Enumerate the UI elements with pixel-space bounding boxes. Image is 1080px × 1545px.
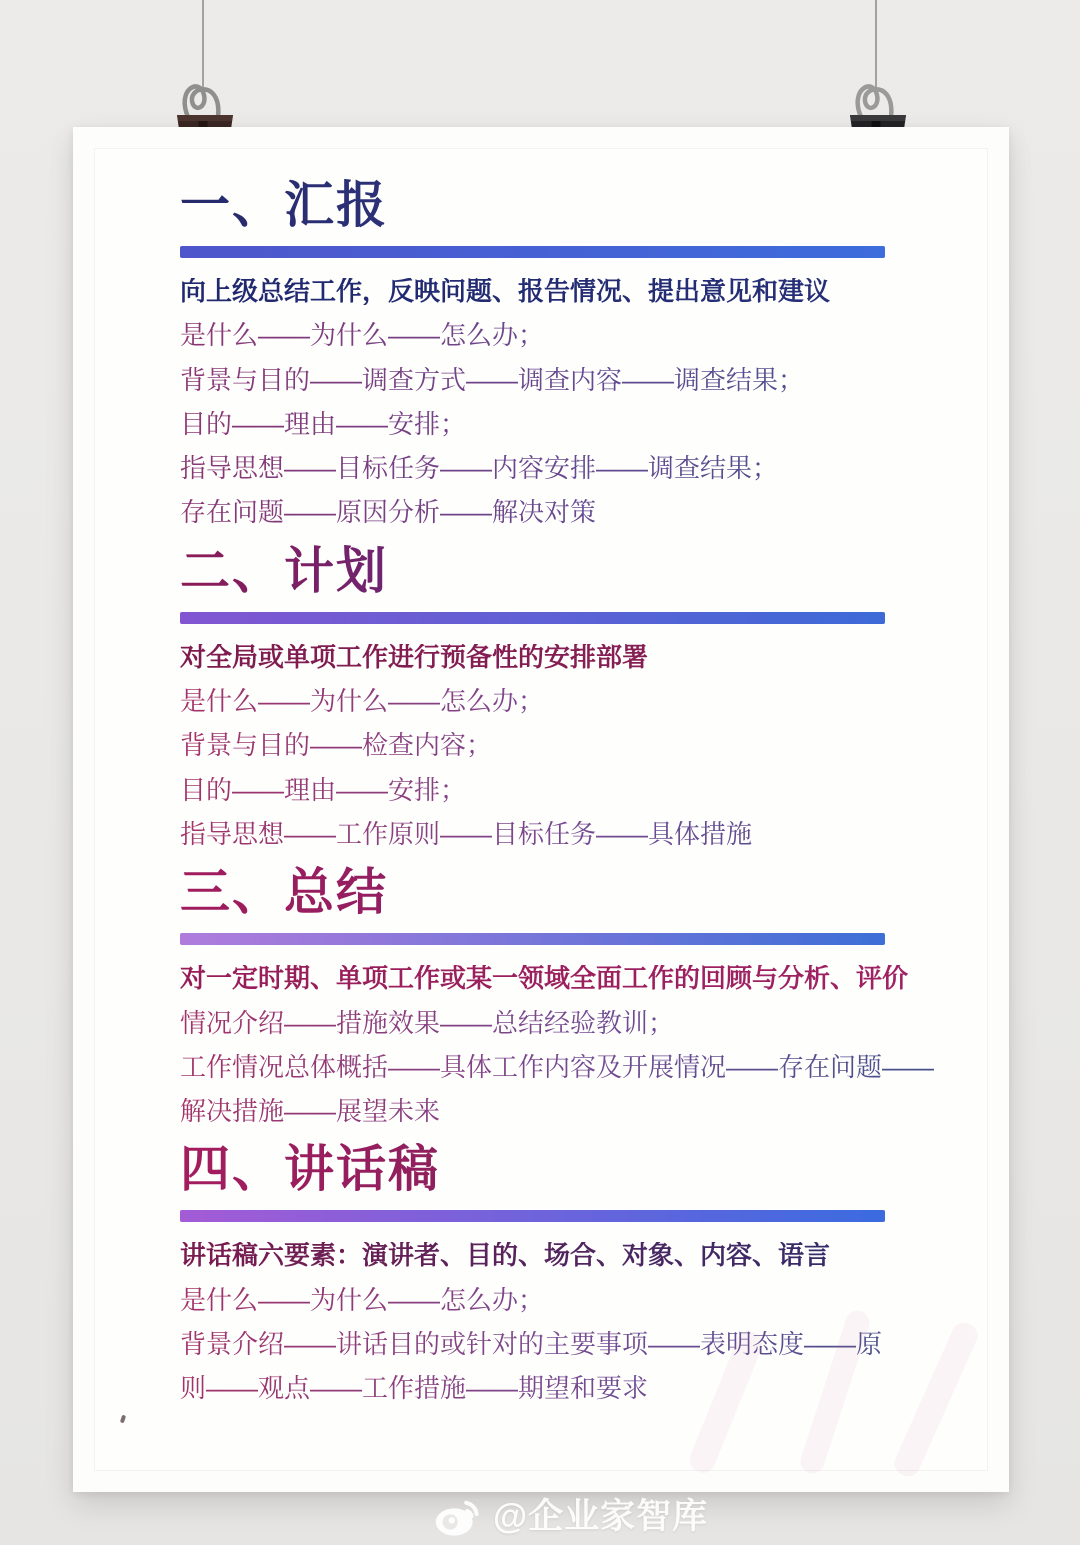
section-divider	[180, 933, 885, 945]
outline-line: 解决措施——展望未来	[180, 1098, 992, 1125]
weibo-icon	[433, 1490, 485, 1538]
outline-line: 目的——理由——安排；	[180, 411, 992, 438]
outline-line: 工作情况总体概括——具体工作内容及开展情况——存在问题——	[180, 1054, 992, 1081]
section-divider	[180, 246, 885, 258]
section-jianghuagao: 四、讲话稿 讲话稿六要素：演讲者、目的、场合、对象、内容、语言 是什么——为什么…	[180, 1143, 992, 1402]
section-jihua: 二、计划 对全局或单项工作进行预备性的安排部署 是什么——为什么——怎么办； 背…	[180, 545, 992, 848]
section-intro: 对全局或单项工作进行预备性的安排部署	[180, 644, 992, 671]
section-intro: 向上级总结工作，反映问题、报告情况、提出意见和建议	[180, 278, 992, 305]
ink-dot	[120, 1415, 126, 1424]
backdrop: 一、汇报 向上级总结工作，反映问题、报告情况、提出意见和建议 是什么——为什么—…	[0, 0, 1080, 1545]
section-intro: 对一定时期、单项工作或某一领域全面工作的回顾与分析、评价	[180, 965, 992, 992]
section-huibao: 一、汇报 向上级总结工作，反映问题、报告情况、提出意见和建议 是什么——为什么—…	[180, 179, 992, 527]
section-heading: 二、计划	[180, 545, 388, 598]
outline-line: 指导思想——目标任务——内容安排——调查结果；	[180, 455, 992, 482]
outline-line: 背景与目的——检查内容；	[180, 732, 992, 759]
outline-line: 情况介绍——措施效果——总结经验教训；	[180, 1010, 992, 1037]
outline-line: 则——观点——工作措施——期望和要求	[180, 1375, 992, 1402]
section-heading: 三、总结	[180, 866, 388, 919]
section-heading: 一、汇报	[180, 179, 388, 232]
outline-line: 存在问题——原因分析——解决对策	[180, 499, 992, 526]
outline-line: 背景与目的——调查方式——调查内容——调查结果；	[180, 367, 992, 394]
outline-line: 指导思想——工作原则——目标任务——具体措施	[180, 821, 992, 848]
outline-line: 是什么——为什么——怎么办；	[180, 1287, 992, 1314]
outline-line: 是什么——为什么——怎么办；	[180, 322, 992, 349]
section-heading: 四、讲话稿	[180, 1143, 440, 1196]
section-divider	[180, 1210, 885, 1222]
watermark-handle: @企业家智库	[493, 1489, 708, 1539]
section-divider	[180, 612, 885, 624]
section-intro: 讲话稿六要素：演讲者、目的、场合、对象、内容、语言	[180, 1242, 992, 1269]
watermark: @企业家智库	[433, 1489, 708, 1539]
section-zongjie: 三、总结 对一定时期、单项工作或某一领域全面工作的回顾与分析、评价 情况介绍——…	[180, 866, 992, 1125]
outline-line: 是什么——为什么——怎么办；	[180, 688, 992, 715]
outline-line: 背景介绍——讲话目的或针对的主要事项——表明态度——原	[180, 1331, 992, 1358]
poster-content: 一、汇报 向上级总结工作，反映问题、报告情况、提出意见和建议 是什么——为什么—…	[180, 179, 992, 1403]
outline-line: 目的——理由——安排；	[180, 777, 992, 804]
poster-paper: 一、汇报 向上级总结工作，反映问题、报告情况、提出意见和建议 是什么——为什么—…	[73, 127, 1009, 1492]
